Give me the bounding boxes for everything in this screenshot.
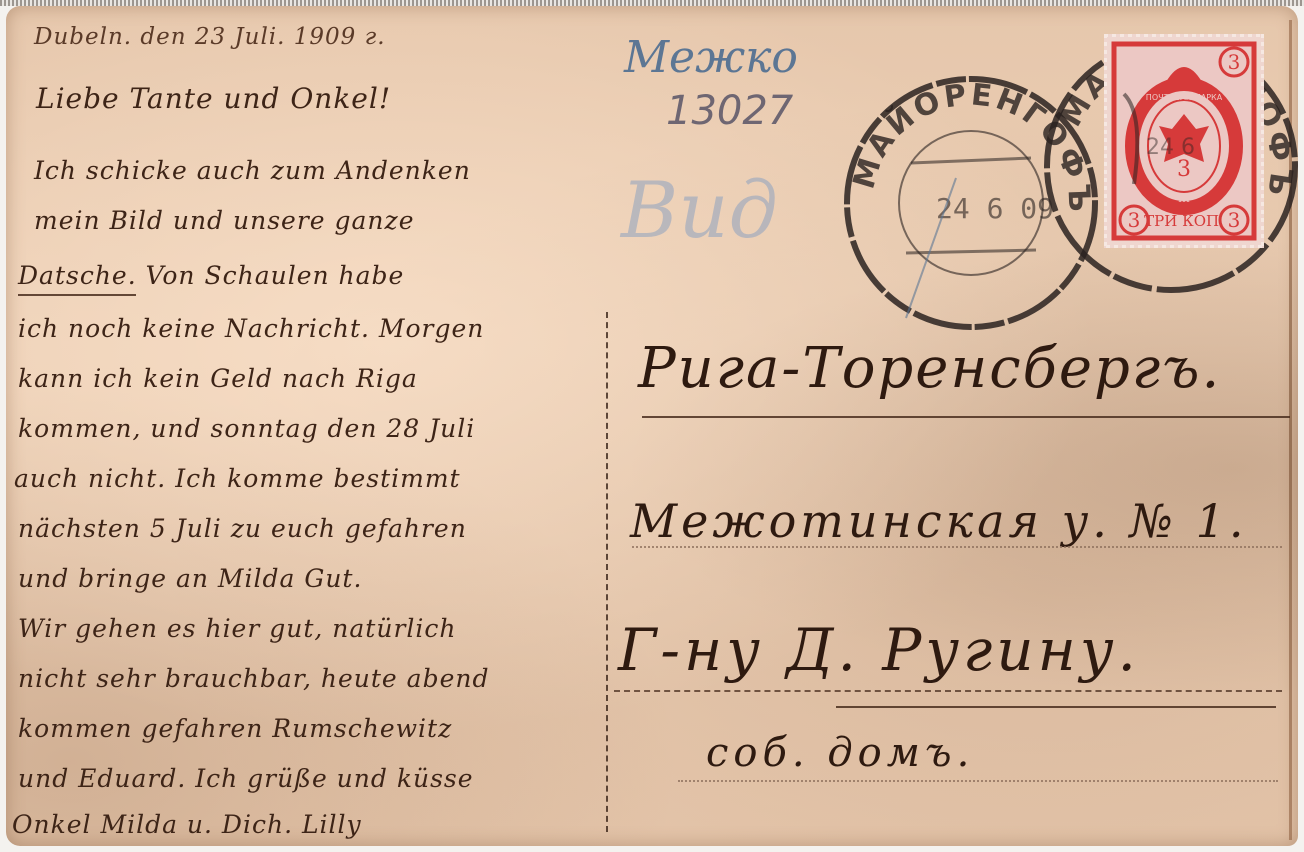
message-line: kommen, und sonntag den 28 Juli: [18, 414, 475, 443]
address-underline-name: [836, 706, 1276, 708]
pencil-note-faint: Вид: [621, 166, 778, 256]
stamp-value-text: ТРИ КОП.: [1144, 212, 1224, 230]
address-recipient: Г-ну Д. Ругину.: [618, 616, 1140, 684]
postcard: Dubeln. den 23 Juli. 1909 г. Liebe Tante…: [6, 6, 1298, 846]
message-line: kann ich kein Geld nach Riga: [18, 364, 418, 393]
pencil-note-number: 13027: [666, 88, 793, 134]
message-line: mein Bild und unsere ganze: [34, 206, 415, 235]
message-greeting: Liebe Tante und Onkel!: [36, 82, 391, 115]
stamp-top-text: ПОЧТОВАЯ МАРКА: [1146, 93, 1223, 102]
svg-text:3: 3: [1228, 208, 1241, 232]
message-line: Wir gehen es hier gut, natürlich: [18, 614, 457, 643]
message-date: Dubeln. den 23 Juli. 1909 г.: [34, 24, 386, 50]
stamp-center-digit: 3: [1177, 157, 1191, 182]
svg-text:3: 3: [1128, 208, 1141, 232]
address-house: соб. домъ.: [706, 730, 974, 776]
message-line: Ich schicke auch zum Andenken: [34, 156, 471, 185]
message-line: auch nicht. Ich komme bestimmt: [14, 464, 461, 493]
message-signature: Onkel Milda u. Dich. Lilly: [12, 810, 362, 839]
message-line: ich noch keine Nachricht. Morgen: [18, 314, 484, 343]
message-line: und Eduard. Ich grüße und küsse: [18, 764, 474, 793]
pencil-note-top: Межко: [624, 32, 798, 83]
message-line: nicht sehr brauchbar, heute abend: [18, 664, 489, 693]
message-line: kommen gefahren Rumschewitz: [18, 714, 452, 743]
address-rule-4: [678, 780, 1278, 782]
message-line: und bringe an Milda Gut.: [18, 564, 362, 593]
address-rule-2: [632, 546, 1282, 548]
address-street: Межотинская у. № 1.: [630, 494, 1248, 548]
address-rule-1: [642, 416, 1290, 418]
svg-text:III: III: [1178, 194, 1190, 205]
svg-text:24 6: 24 6: [1146, 135, 1195, 160]
message-line: nächsten 5 Juli zu euch gefahren: [18, 514, 467, 543]
card-divider-line: [606, 312, 608, 832]
postage-stamp-icon: 3 3 3 3 III ТРИ КОП. ПОЧТОВАЯ МАРКА 24 6: [1104, 34, 1264, 248]
underline-datsche: [18, 294, 136, 296]
address-rule-3: [614, 690, 1282, 692]
message-line: Datsche. Von Schaulen habe: [18, 261, 404, 290]
svg-text:3: 3: [1228, 50, 1241, 74]
address-city: Рига-Торенсбергъ.: [638, 336, 1221, 401]
